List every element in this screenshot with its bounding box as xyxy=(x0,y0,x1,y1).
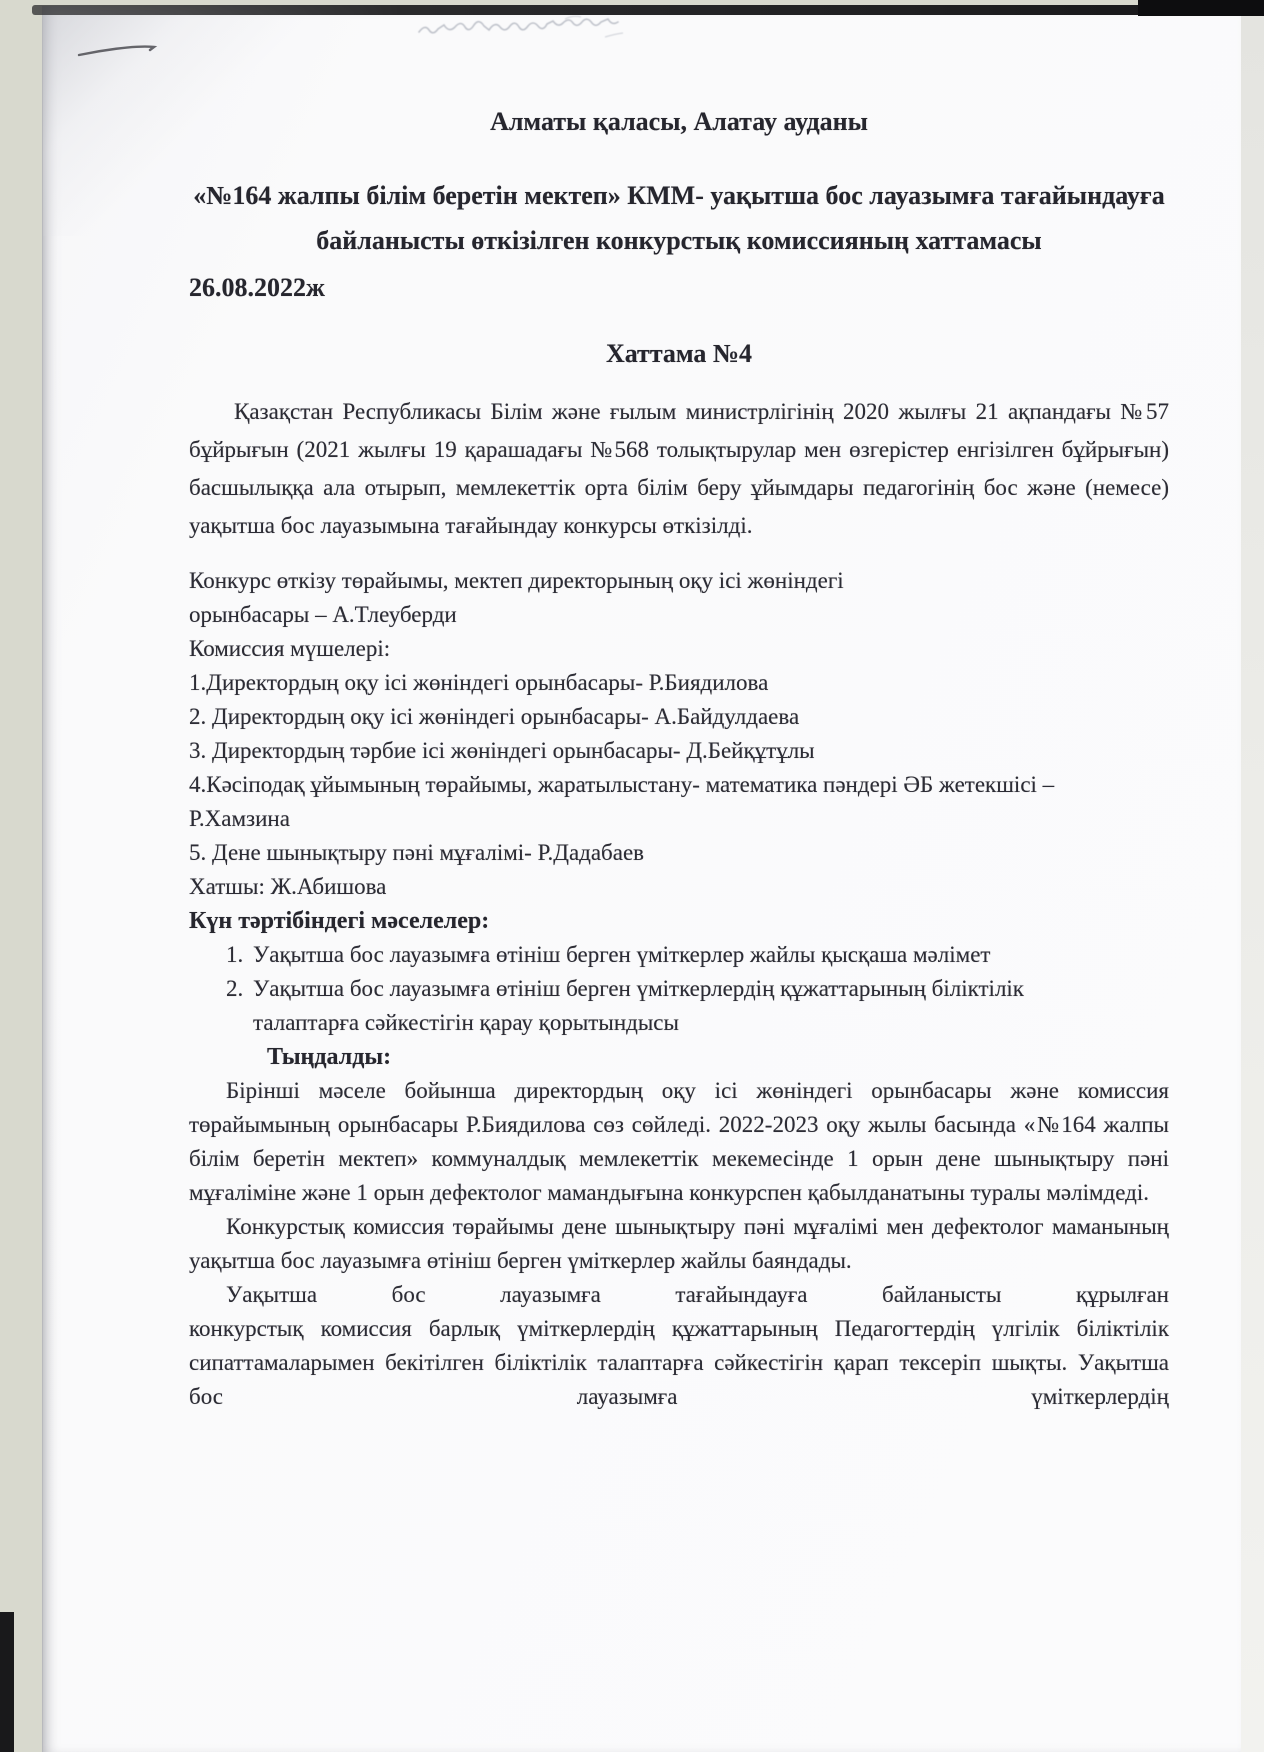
document-title: «№164 жалпы білім беретін мектеп» КММ- у… xyxy=(189,173,1169,263)
agenda-item-text: Уақытша бос лауазымға өтініш берген үміт… xyxy=(253,942,990,967)
agenda-item: 2. Уақытша бос лауазымға өтініш берген ү… xyxy=(189,972,1069,1040)
handwritten-scribble xyxy=(415,12,665,42)
commission-member: 3. Директордың тәрбие ісі жөніндегі орын… xyxy=(189,734,1169,768)
protocol-number: Хаттама №4 xyxy=(189,331,1169,376)
scanned-protocol-document: { "doc": { "location": "Алматы қаласы, А… xyxy=(0,0,1264,1752)
commission-member: 1.Директордың оқу ісі жөніндегі орынбаса… xyxy=(189,666,1169,700)
body-paragraph: конкурстық комиссия барлық үміткерлердің… xyxy=(189,1312,1169,1414)
agenda-heading: Күн тәртібіндегі мәселелер: xyxy=(189,904,1169,938)
chair-line: Конкурс өткізу төрайымы, мектеп директор… xyxy=(189,564,1169,598)
body-paragraph-justified-line: Уақытша бос лауазымға тағайындауға байла… xyxy=(189,1278,1169,1312)
body-paragraph: Конкурстық комиссия төрайымы дене шынықт… xyxy=(189,1210,1169,1278)
agenda-item: 1. Уақытша бос лауазымға өтініш берген ү… xyxy=(189,938,1069,972)
members-heading: Комиссия мүшелері: xyxy=(189,632,1169,666)
agenda-item-text: Уақытша бос лауазымға өтініш берген үміт… xyxy=(253,976,1024,1035)
pen-mark xyxy=(76,40,160,62)
document-content: Алматы қаласы, Алатау ауданы «№164 жалпы… xyxy=(189,6,1169,1414)
agenda-item-number: 1. xyxy=(226,938,243,972)
commission-member: 4.Кәсіподақ ұйымының төрайымы, жаратылыс… xyxy=(189,768,1169,836)
document-page: Алматы қаласы, Алатау ауданы «№164 жалпы… xyxy=(42,6,1241,1752)
document-date: 26.08.2022ж xyxy=(189,265,1169,310)
secretary-line: Хатшы: Ж.Абишова xyxy=(189,870,1169,904)
commission-member: 5. Дене шынықтыру пәні мұғалімі- Р.Дадаб… xyxy=(189,836,1169,870)
agenda-item-number: 2. xyxy=(226,972,243,1006)
intro-paragraph: Қазақстан Республикасы Білім және ғылым … xyxy=(189,393,1169,545)
heard-heading: Тыңдалды: xyxy=(189,1040,1169,1074)
scan-edge-corner-block xyxy=(1138,0,1264,16)
scanner-bed-right-strip xyxy=(1240,0,1264,1752)
chair-line: орынбасары – А.Тлеуберди xyxy=(189,598,1169,632)
location-heading: Алматы қаласы, Алатау ауданы xyxy=(189,99,1169,144)
main-text-block: Конкурс өткізу төрайымы, мектеп директор… xyxy=(189,564,1169,1414)
scan-edge-bottom-left xyxy=(0,1612,14,1752)
commission-member: 2. Директордың оқу ісі жөніндегі орынбас… xyxy=(189,700,1169,734)
body-paragraph: Бірінші мәселе бойынша директордың оқу і… xyxy=(189,1074,1169,1210)
